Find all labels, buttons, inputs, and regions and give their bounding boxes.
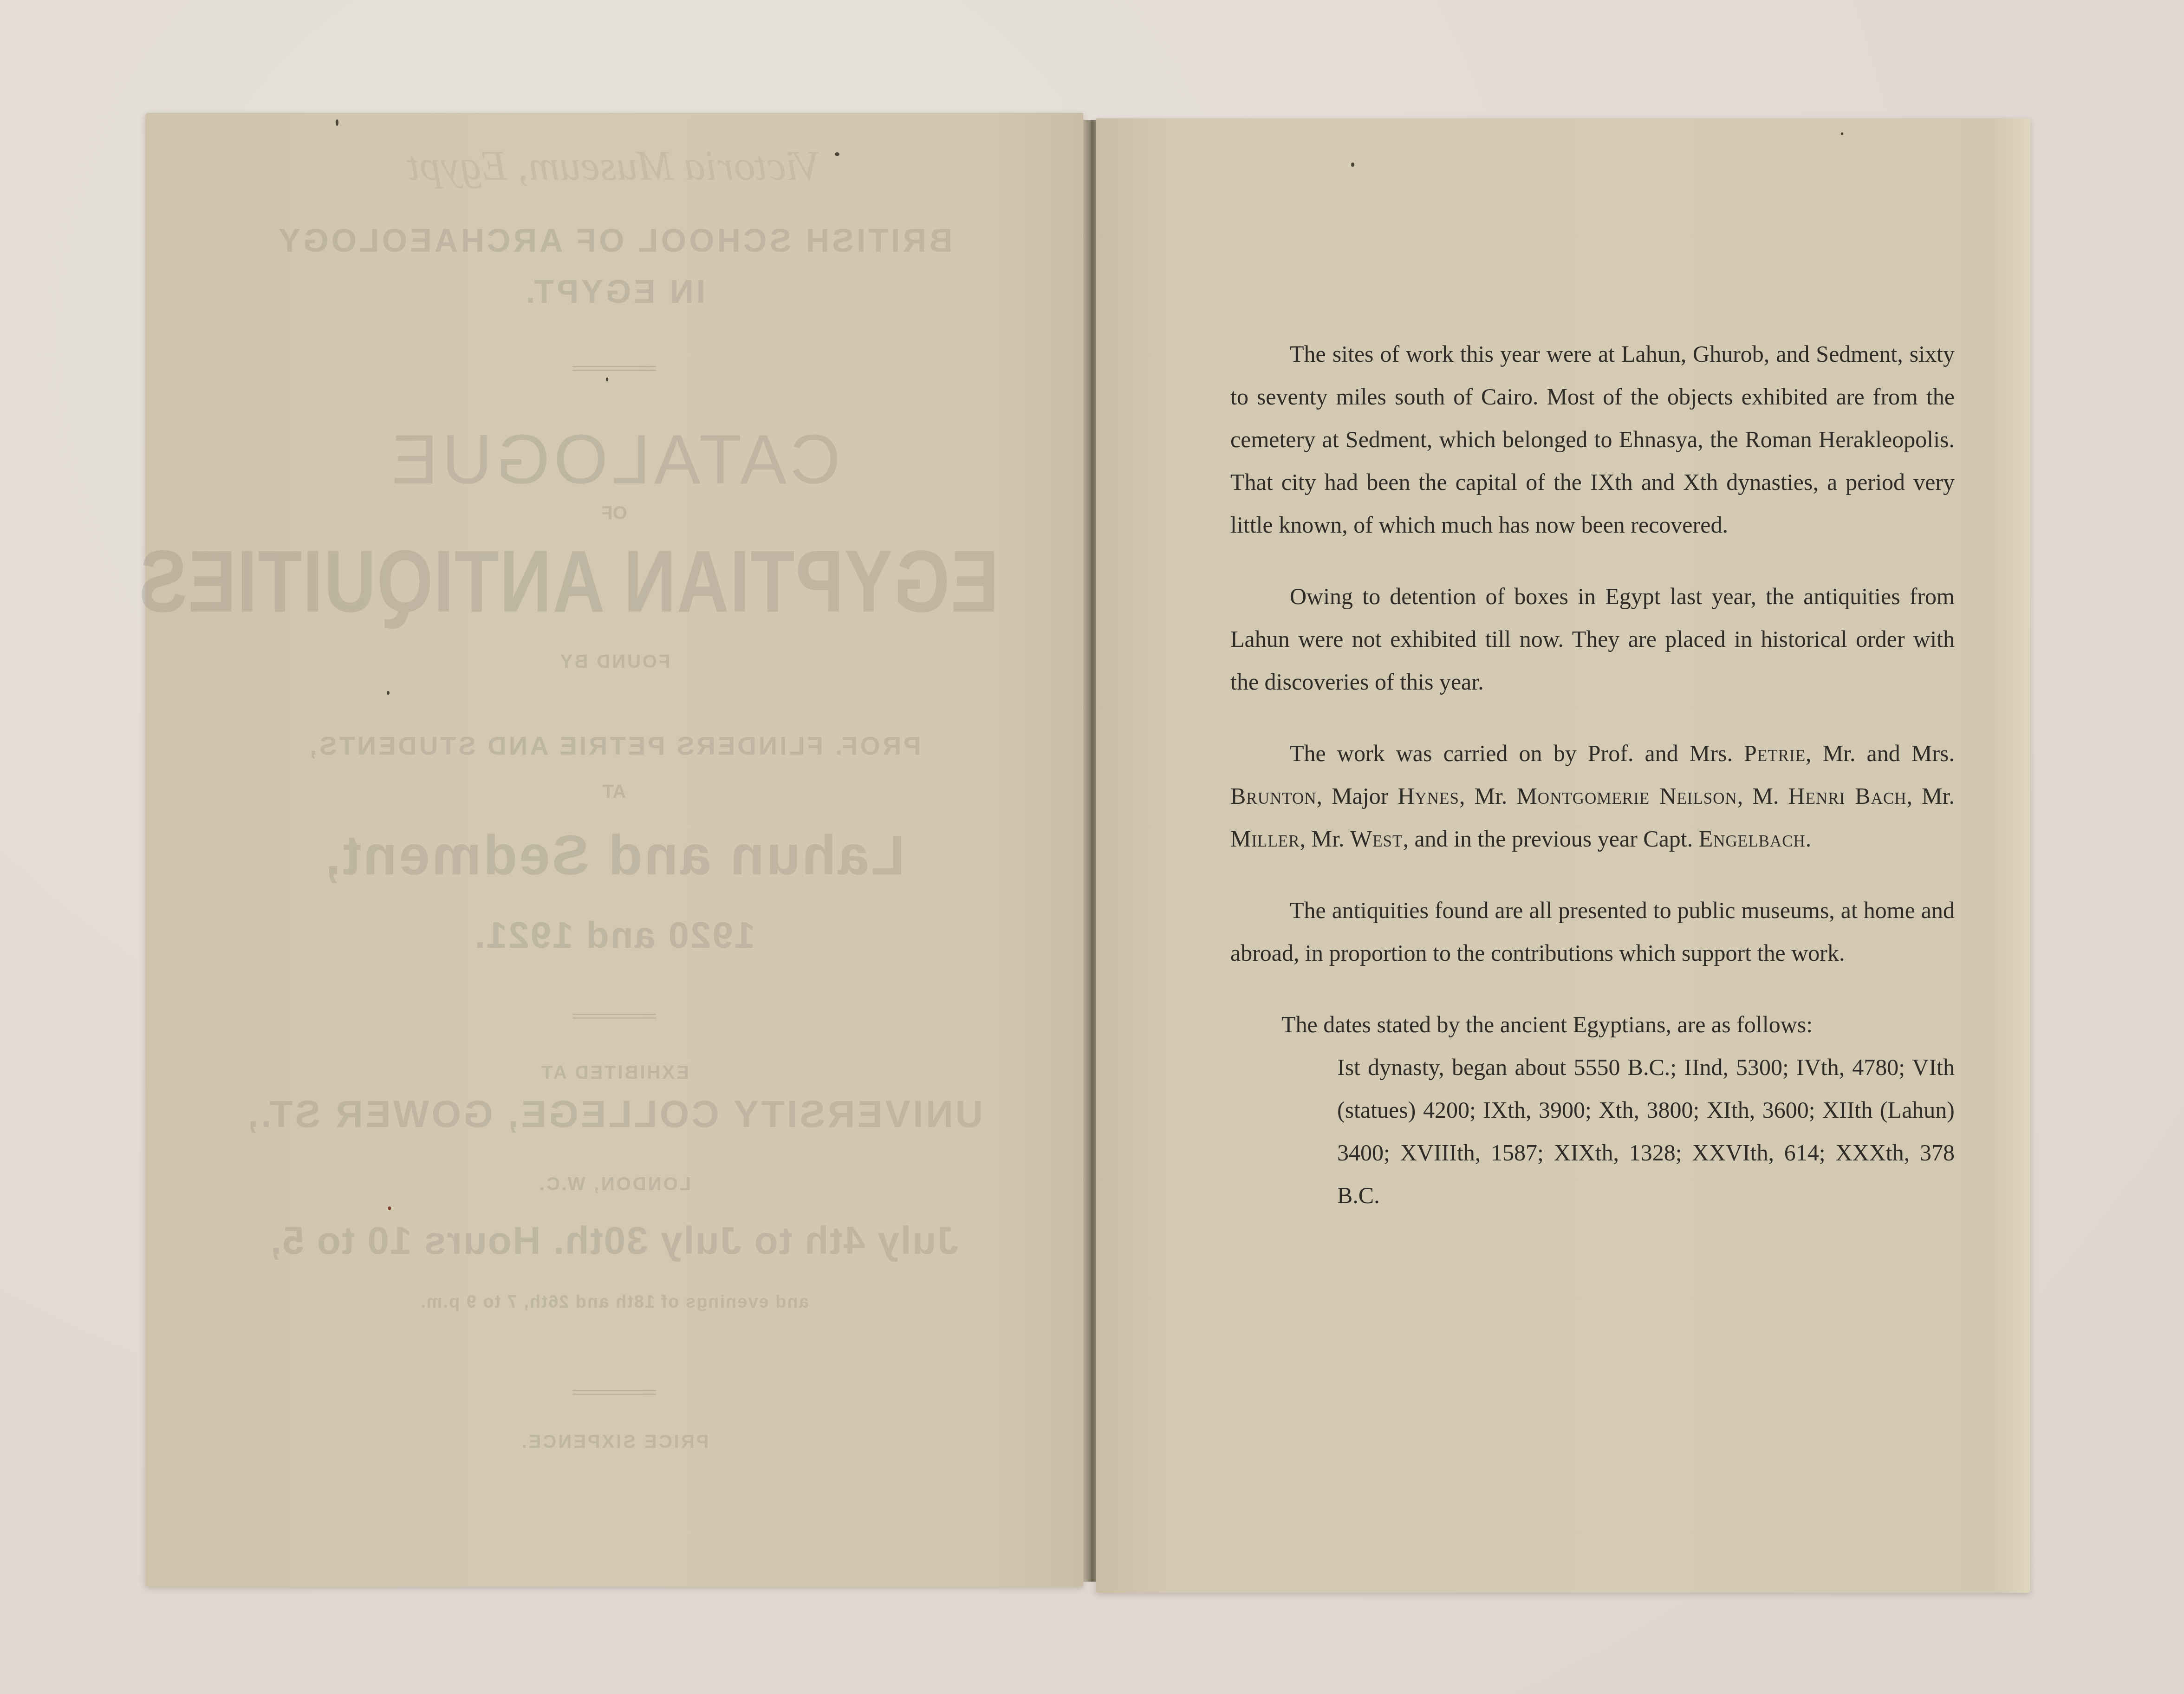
text-run: The work was carried on by Prof. and Mrs… [1290,740,1744,766]
ghost-years: 1920 and 1921. [145,914,1083,957]
name-west: West [1350,826,1403,852]
paper-speck [835,152,839,156]
ghost-lahun-sedment: Lahun and Sedment, [145,823,1083,887]
name-brunton: Brunton [1230,783,1317,809]
name-henri-bach: Henri Bach [1788,783,1906,809]
text-run: , Major [1317,783,1398,809]
paragraph-museums: The antiquities found are all presented … [1230,889,1955,974]
ghost-price: PRICE SIXPENCE. [145,1432,1083,1453]
paper-speck [1841,132,1843,135]
ghost-exhibited-at: EXHIBITED AT [145,1062,1083,1083]
paragraph-workers: The work was carried on by Prof. and Mrs… [1230,732,1955,860]
ghost-at: AT [145,782,1083,802]
text-run: , Mr. and Mrs. [1806,740,1955,766]
ghost-in-egypt: IN EGYPT. [145,273,1083,310]
ghost-egyptian-antiquities: EGYPTIAN ANTIQUITIES [230,531,999,632]
paper-speck [606,378,608,381]
ghost-rule-2 [572,1014,656,1019]
text-run: , Mr. [1300,826,1350,852]
name-hynes: Hynes [1397,783,1459,809]
left-page: Victoria Museum, Egypt BRITISH SCHOOL OF… [145,113,1083,1587]
right-page-text: The sites of work this year were at Lahu… [1230,332,1955,1217]
ghost-museum-stamp: Victoria Museum, Egypt [145,141,1083,190]
ghost-university-college: UNIVERSITY COLLEGE, GOWER ST., [145,1093,1083,1136]
name-montgomerie-neilson: Montgomerie Neilson [1516,783,1737,809]
name-miller: Miller [1230,826,1300,852]
ghost-of: OF [145,503,1083,524]
name-engelbach: Engelbach [1699,826,1806,852]
ghost-july-dates: July 4th to July 30th. Hours 10 to 5, [145,1218,1083,1263]
paragraph-sites: The sites of work this year were at Lahu… [1230,332,1955,546]
ghost-school-name: BRITISH SCHOOL OF ARCHAEOLOGY [145,222,1083,259]
text-run: . [1806,826,1812,852]
paragraph-detention: Owing to detention of boxes in Egypt las… [1230,575,1955,703]
paper-speck [388,1206,391,1210]
text-run: , and in the previous year Capt. [1403,826,1698,852]
ghost-petrie: PROF. FLINDERS PETRIE AND STUDENTS, [145,730,1083,761]
text-run: , M. [1737,783,1788,809]
ghost-evenings: and evenings of 18th and 26th, 7 to 9 p.… [145,1292,1083,1312]
dynasty-dates-list: Ist dynasty, began about 5550 B.C.; IInd… [1230,1046,1955,1217]
ghost-found-by: FOUND BY [145,652,1083,672]
paper-speck [1351,163,1354,167]
dates-intro: The dates stated by the ancient Egyptian… [1230,1003,1955,1046]
paper-speck [336,119,338,126]
ghost-london: LONDON, W.C. [145,1174,1083,1195]
name-petrie: Petrie [1744,740,1806,766]
ghost-rule-3 [572,1390,656,1395]
paper-speck [387,691,390,695]
ghost-rule-1 [572,366,656,371]
ghost-catalogue: CATALOGUE [145,419,1083,500]
text-run: , Mr. [1459,783,1517,809]
text-run: , Mr. [1907,783,1955,809]
